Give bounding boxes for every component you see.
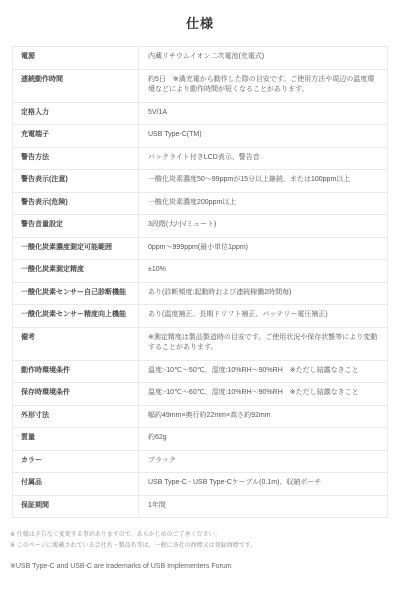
spec-value: USB Type-C(TM)	[139, 125, 388, 148]
spec-value: USB Type-C - USB Type-Cケーブル(0.1m)、収納ポーチ	[139, 473, 388, 496]
table-row: 質量約62g	[13, 428, 388, 451]
spec-label: 警告音量設定	[13, 215, 139, 238]
table-row: 保存時環境条件温度:-10℃〜60℃、湿度:10%RH〜90%RH ※ただし結露…	[13, 383, 388, 406]
spec-label: カラー	[13, 450, 139, 473]
spec-label: 連続動作時間	[13, 69, 139, 102]
footnotes: ※ 仕様は予告なく変更する事がありますので、あらかじめのご了承ください。 ※ こ…	[10, 530, 388, 552]
table-row: 警告音量設定3段階(大/小/ミュート)	[13, 215, 388, 238]
spec-value: 一酸化炭素濃度200ppm以上	[139, 192, 388, 215]
table-row: 警告表示(危険)一酸化炭素濃度200ppm以上	[13, 192, 388, 215]
table-row: 動作時環境条件温度:-10℃〜50℃、湿度:10%RH〜90%RH ※ただし結露…	[13, 360, 388, 383]
table-row: 一酸化炭素測定精度±10%	[13, 260, 388, 283]
spec-label: 一酸化炭素センサー自己診断機能	[13, 282, 139, 305]
table-row: 一酸化炭素濃度測定可能範囲0ppm〜999ppm(最小単位1ppm)	[13, 237, 388, 260]
spec-value: ※測定精度は製品製造時の目安です。ご使用状況や保存状態等により変動することがあり…	[139, 327, 388, 360]
spec-value: 温度:-10℃〜50℃、湿度:10%RH〜90%RH ※ただし結露なきこと	[139, 360, 388, 383]
spec-label: 保存時環境条件	[13, 383, 139, 406]
spec-table-container: 電源内蔵リチウムイオン二次電池(充電式)連続動作時間約5日 ※満充電から動作した…	[12, 46, 388, 518]
table-row: 警告方法バックライト付きLCD表示、警告音	[13, 147, 388, 170]
spec-label: 一酸化炭素センサー精度向上機能	[13, 305, 139, 328]
spec-label: 警告表示(危険)	[13, 192, 139, 215]
spec-label: 充電端子	[13, 125, 139, 148]
footnote-trademarks-ja: ※ このページに掲載されている会社名・製品名等は、一般に各社の商標又は登録商標で…	[10, 541, 388, 552]
spec-value: 1年間	[139, 495, 388, 518]
usb-trademark-note: ※USB Type-C and USB-C are trademarks of …	[10, 562, 388, 573]
spec-value: 約5日 ※満充電から動作した際の目安です。ご使用方法や周辺の温度環境などにより動…	[139, 69, 388, 102]
table-row: 一酸化炭素センサー自己診断機能あり(診断頻度:起動時および連続稼働2時間毎)	[13, 282, 388, 305]
spec-label: 一酸化炭素測定精度	[13, 260, 139, 283]
spec-label: 警告方法	[13, 147, 139, 170]
page-title: 仕様	[0, 0, 400, 32]
spec-label: 付属品	[13, 473, 139, 496]
table-row: 付属品USB Type-C - USB Type-Cケーブル(0.1m)、収納ポ…	[13, 473, 388, 496]
spec-value: ±10%	[139, 260, 388, 283]
table-row: 連続動作時間約5日 ※満充電から動作した際の目安です。ご使用方法や周辺の温度環境…	[13, 69, 388, 102]
spec-value: ブラック	[139, 450, 388, 473]
spec-label: 定格入力	[13, 102, 139, 125]
spec-label: 電源	[13, 47, 139, 70]
spec-value: 5V/1A	[139, 102, 388, 125]
spec-value: 3段階(大/小/ミュート)	[139, 215, 388, 238]
table-row: 外形寸法幅約49mm×奥行約22mm×高さ約92mm	[13, 405, 388, 428]
table-row: 保証期間1年間	[13, 495, 388, 518]
table-row: 一酸化炭素センサー精度向上機能あり(温度補正、長期ドリフト補正、バッテリー電圧補…	[13, 305, 388, 328]
spec-label: 警告表示(注意)	[13, 170, 139, 193]
spec-table: 電源内蔵リチウムイオン二次電池(充電式)連続動作時間約5日 ※満充電から動作した…	[12, 46, 388, 518]
table-row: 備考※測定精度は製品製造時の目安です。ご使用状況や保存状態等により変動することが…	[13, 327, 388, 360]
table-row: 電源内蔵リチウムイオン二次電池(充電式)	[13, 47, 388, 70]
spec-label: 備考	[13, 327, 139, 360]
spec-value: 内蔵リチウムイオン二次電池(充電式)	[139, 47, 388, 70]
spec-value: バックライト付きLCD表示、警告音	[139, 147, 388, 170]
spec-value: 幅約49mm×奥行約22mm×高さ約92mm	[139, 405, 388, 428]
spec-table-body: 電源内蔵リチウムイオン二次電池(充電式)連続動作時間約5日 ※満充電から動作した…	[13, 47, 388, 518]
table-row: カラーブラック	[13, 450, 388, 473]
spec-value: 温度:-10℃〜60℃、湿度:10%RH〜90%RH ※ただし結露なきこと	[139, 383, 388, 406]
spec-value: あり(診断頻度:起動時および連続稼働2時間毎)	[139, 282, 388, 305]
spec-value: あり(温度補正、長期ドリフト補正、バッテリー電圧補正)	[139, 305, 388, 328]
footnote-spec-change: ※ 仕様は予告なく変更する事がありますので、あらかじめのご了承ください。	[10, 530, 388, 541]
table-row: 警告表示(注意)一酸化炭素濃度50〜99ppmが15分以上継続、または100pp…	[13, 170, 388, 193]
table-row: 充電端子USB Type-C(TM)	[13, 125, 388, 148]
table-row: 定格入力5V/1A	[13, 102, 388, 125]
spec-label: 外形寸法	[13, 405, 139, 428]
spec-label: 動作時環境条件	[13, 360, 139, 383]
spec-value: 一酸化炭素濃度50〜99ppmが15分以上継続、または100ppm以上	[139, 170, 388, 193]
spec-label: 保証期間	[13, 495, 139, 518]
spec-label: 一酸化炭素濃度測定可能範囲	[13, 237, 139, 260]
spec-value: 0ppm〜999ppm(最小単位1ppm)	[139, 237, 388, 260]
spec-value: 約62g	[139, 428, 388, 451]
spec-label: 質量	[13, 428, 139, 451]
